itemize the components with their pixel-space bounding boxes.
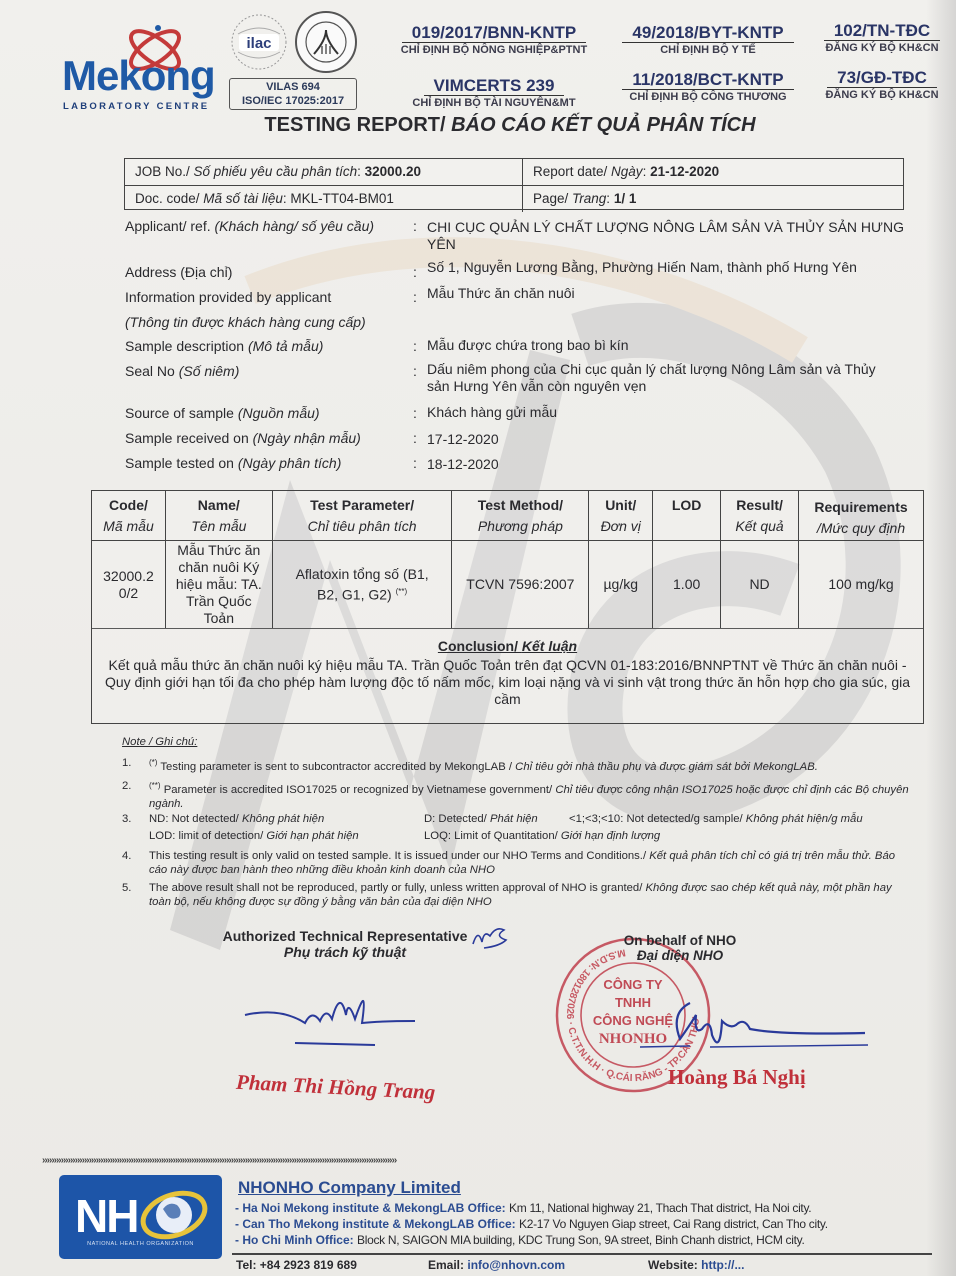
office-hcm: - Ho Chi Minh Office: Block N, SAIGON MI… <box>235 1232 828 1248</box>
footer-rule <box>232 1253 932 1255</box>
nho-representative-name: Hoàng Bá Nghị <box>668 1065 806 1090</box>
doc-code: Doc. code/ Mã số tài liệu: MKL-TT04-BM01 <box>125 186 523 212</box>
report-date: Report date/ Ngày: 21-12-2020 <box>523 159 903 185</box>
bureau-of-accreditation-seal-icon <box>294 10 358 74</box>
nho-representative-title-vi: Đại diện NHO <box>590 948 770 963</box>
page-number: Page/ Trang: 1/ 1 <box>523 186 903 212</box>
ilac-logo-icon: ilac <box>230 12 288 72</box>
iso-standard: ISO/IEC 17025:2017 <box>230 94 356 108</box>
certification-1: 019/2017/BNN-KNTP CHỈ ĐỊNH BỘ NÔNG NGHIỆ… <box>388 24 600 56</box>
col-name: Name/Tên mẫu <box>165 491 272 541</box>
technical-representative-title: Authorized Technical Representative <box>195 928 495 944</box>
technical-representative-block: Authorized Technical Representative Phụ … <box>195 928 495 960</box>
report-page: Mekong LABORATORY CENTRE ilac VILAS 694 … <box>0 0 956 1276</box>
technical-representative-title-vi: Phụ trách kỹ thuật <box>195 944 495 960</box>
test-parameter: Aflatoxin tổng số (B1, B2, G1, G2) (**) <box>272 541 452 629</box>
results-table: Code/Mã mẫu Name/Tên mẫu Test Parameter/… <box>91 490 924 629</box>
initials-signature-icon <box>470 922 515 952</box>
company-name: NHONHO Company Limited <box>238 1178 461 1198</box>
notes-title: Note / Ghi chú: <box>122 736 197 748</box>
requirement: 100 mg/kg <box>799 541 924 629</box>
sample-code: 32000.20/2 <box>92 541 166 629</box>
test-method: TCVN 7596:2007 <box>452 541 589 629</box>
conclusion-text: Kết quả mẫu thức ăn chăn nuôi ký hiệu mẫ… <box>104 657 911 708</box>
certification-5: 11/2018/BCT-KNTP CHỈ ĐỊNH BỘ CÔNG THƯƠNG <box>612 71 804 103</box>
office-hanoi: - Ha Noi Mekong institute & MekongLAB Of… <box>235 1200 828 1216</box>
vilas-accreditation-box: VILAS 694 ISO/IEC 17025:2017 <box>229 78 357 110</box>
nho-representative-title: On behalf of NHO <box>590 933 770 948</box>
result: ND <box>721 541 799 629</box>
col-result: Result/Kết quả <box>721 491 799 541</box>
lab-name: Mekong <box>62 52 215 100</box>
conclusion-title: Conclusion/ Kết luận <box>104 638 911 655</box>
technical-representative-name: Pham Thi Hồng Trang <box>235 1070 435 1105</box>
col-parameter: Test Parameter/Chỉ tiêu phân tích <box>272 491 452 541</box>
certification-4: VIMCERTS 239 CHỈ ĐỊNH BỘ TÀI NGUYÊN&MT <box>388 77 600 109</box>
footer-email[interactable]: Email: info@nhovn.com <box>428 1258 565 1272</box>
report-title: TESTING REPORT/ BÁO CÁO KẾT QUẢ PHÂN TÍC… <box>0 114 956 137</box>
footer-tel: Tel: +84 2923 819 689 <box>236 1258 357 1272</box>
footer-divider: ››››››››››››››››››››››››››››››››››››››››… <box>42 1155 956 1167</box>
nho-logo: NH NATIONAL HEALTH ORGANIZATION <box>59 1175 222 1259</box>
conclusion-box: Conclusion/ Kết luận Kết quả mẫu thức ăn… <box>91 628 924 724</box>
photo-shadow <box>926 0 956 1276</box>
job-info-box: JOB No./ Số phiếu yêu cầu phân tích: 320… <box>124 158 904 210</box>
job-number: JOB No./ Số phiếu yêu cầu phân tích: 320… <box>125 159 523 185</box>
certification-2: 49/2018/BYT-KNTP CHỈ ĐỊNH BỘ Y TẾ <box>612 24 804 56</box>
footer-website[interactable]: Website: http://... <box>648 1258 744 1272</box>
col-code: Code/Mã mẫu <box>92 491 166 541</box>
unit: µg/kg <box>589 541 653 629</box>
technical-representative-signature-icon <box>240 985 440 1055</box>
col-lod: LOD <box>653 491 721 541</box>
nho-representative-signature-icon <box>640 995 870 1065</box>
office-cantho: - Can Tho Mekong institute & MekongLAB O… <box>235 1216 828 1232</box>
office-addresses: - Ha Noi Mekong institute & MekongLAB Of… <box>235 1200 828 1248</box>
lod: 1.00 <box>653 541 721 629</box>
svg-text:ilac: ilac <box>246 35 271 52</box>
table-header-row: Code/Mã mẫu Name/Tên mẫu Test Parameter/… <box>92 491 924 541</box>
col-requirements: Requirements/Mức quy định <box>799 491 924 541</box>
col-unit: Unit/Đơn vị <box>589 491 653 541</box>
vilas-number: VILAS 694 <box>230 80 356 94</box>
nho-representative-block: On behalf of NHO Đại diện NHO <box>590 933 770 963</box>
sample-name: Mẫu Thức ăn chăn nuôi Ký hiệu mẫu: TA. T… <box>165 541 272 629</box>
table-row: 32000.20/2 Mẫu Thức ăn chăn nuôi Ký hiệu… <box>92 541 924 629</box>
globe-icon <box>139 1187 209 1243</box>
lab-subtitle: LABORATORY CENTRE <box>63 101 209 112</box>
col-method: Test Method/Phương pháp <box>452 491 589 541</box>
